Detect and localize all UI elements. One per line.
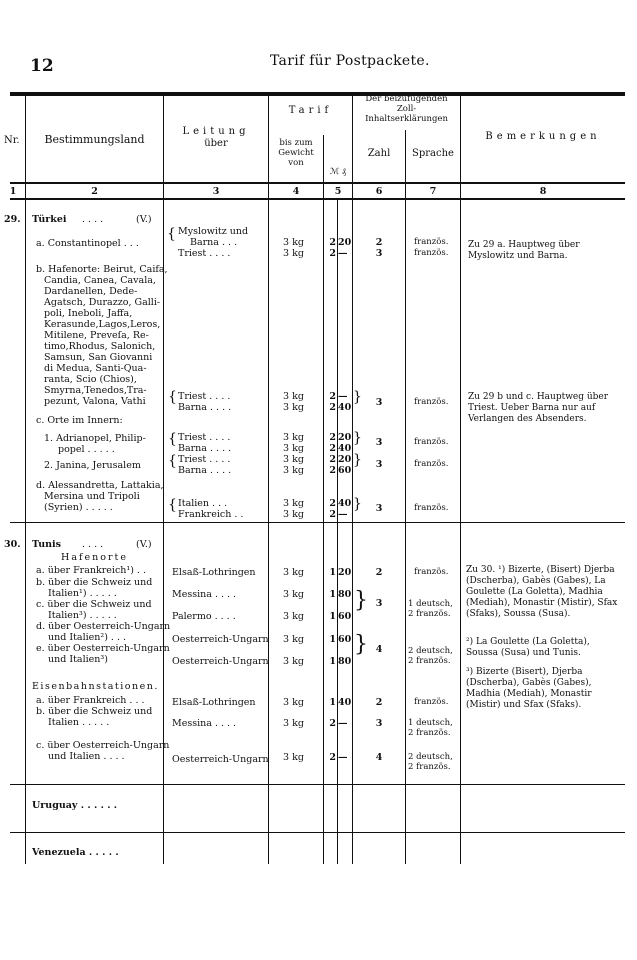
- header-sprache: Sprache: [406, 148, 460, 159]
- route-via: Barna . . . .: [178, 443, 231, 454]
- weight: 3 kg: [283, 248, 304, 259]
- tunis-hafen-a: a. über Frankreich¹) . .: [36, 565, 146, 576]
- turkei-b-line: timo,Rhodus, Salonich,: [44, 341, 155, 352]
- mark: 2: [324, 465, 336, 476]
- language: 2 deutsch,: [408, 646, 453, 657]
- col-divider-5-inner: [337, 198, 338, 864]
- turkei-c-label: c. Orte im Innern:: [36, 415, 123, 426]
- tunis-hafen-e: und Italien³): [48, 654, 108, 665]
- entry-nr: 29.: [4, 214, 21, 225]
- entry-nr: 30.: [4, 539, 21, 550]
- route-via: Barna . . .: [190, 237, 237, 248]
- colnum-7: 7: [406, 186, 460, 197]
- route-via: Barna . . . .: [178, 465, 231, 476]
- remark: ²) La Goulette (La Goletta), Soussa (Sus…: [466, 637, 622, 659]
- pfennig: —: [338, 509, 348, 520]
- turkei-c-item: 1. Adrianopel, Philip-: [44, 433, 146, 444]
- turkei-b-line: pezunt, Valona, Vathi: [44, 396, 146, 407]
- turkei-b-line: Samsun, San Giovanni: [44, 352, 152, 363]
- count: 3: [353, 718, 405, 729]
- remark: ³) Bizerte (Bisert), Djerba (Dscherba), …: [466, 667, 622, 711]
- weight: 3 kg: [283, 611, 304, 622]
- pfennig: 80: [338, 656, 351, 667]
- zone-label: (V.): [136, 539, 152, 550]
- weight: 3 kg: [283, 454, 304, 465]
- tunis-hafen-b: Italien¹) . . . . .: [48, 588, 117, 599]
- count: 4: [353, 752, 405, 763]
- turkei-a-label: a. Constantinopel . . .: [36, 238, 139, 249]
- weight: 3 kg: [283, 656, 304, 667]
- turkei-d-line: d. Alessandretta, Lattakia,: [36, 480, 164, 491]
- row-divider-turkei: [10, 522, 625, 523]
- brace-icon: {: [168, 455, 177, 467]
- weight: 3 kg: [283, 697, 304, 708]
- language: französ.: [414, 459, 448, 470]
- header-zahl: Zahl: [353, 148, 405, 159]
- language: französ.: [414, 237, 448, 248]
- language: 1 deutsch,: [408, 718, 453, 729]
- mark: 2: [324, 718, 336, 729]
- pfennig: 20: [338, 454, 351, 465]
- remark: Zu 29 b und c. Hauptweg über Triest. Ueb…: [468, 392, 620, 425]
- header-bis-zum: bis zum: [269, 138, 323, 149]
- remark: Zu 30. ¹) Bizerte, (Bisert) Djerba (Dsch…: [466, 565, 622, 620]
- count: 3: [353, 397, 405, 408]
- brace-icon: {: [168, 391, 177, 403]
- pfennig: 40: [338, 402, 351, 413]
- header-von: von: [269, 158, 323, 169]
- turkei-b-line: di Medua, Santi-Qua-: [44, 363, 147, 374]
- weight: 3 kg: [283, 391, 304, 402]
- mark: 2: [324, 402, 336, 413]
- tunis-bahn-c: c. über Oesterreich-Ungarn: [36, 740, 169, 751]
- count: 2: [353, 567, 405, 578]
- header-zoll-line2: Zoll-: [353, 104, 460, 115]
- route-via: Triest . . . .: [178, 391, 230, 402]
- pfennig: 60: [338, 634, 351, 645]
- colnum-4: 4: [269, 186, 323, 197]
- tunis-hafen-heading: Hafenorte: [26, 552, 163, 563]
- mark: 1: [324, 611, 336, 622]
- count: 3: [353, 437, 405, 448]
- col-divider-7: [460, 96, 461, 864]
- turkei-c-item: popel . . . . .: [58, 444, 115, 455]
- language: französ.: [414, 503, 448, 514]
- turkei-c-item: 2. Janina, Jerusalem: [44, 460, 141, 471]
- mark: 2: [324, 391, 336, 402]
- col-divider-3: [268, 96, 269, 864]
- language: französ.: [414, 567, 448, 578]
- pfennig: —: [338, 248, 348, 259]
- count: 3: [353, 248, 405, 259]
- country-venezuela: Venezuela . . . . .: [32, 847, 119, 858]
- pfennig: 60: [338, 465, 351, 476]
- country-name: Türkei: [32, 214, 66, 225]
- pfennig: 40: [338, 697, 351, 708]
- remark: Zu 29 a. Hauptweg über Myslowitz und Bar…: [468, 240, 620, 262]
- mark: 2: [324, 454, 336, 465]
- weight: 3 kg: [283, 567, 304, 578]
- language: französ.: [414, 248, 448, 259]
- language: 2 französ.: [408, 609, 451, 620]
- count: 3: [353, 459, 405, 470]
- mark: 1: [324, 567, 336, 578]
- pfennig: 20: [338, 432, 351, 443]
- header-mark-pfennig: ℳ ₰: [324, 167, 352, 178]
- turkei-b-line: Smyrna,Tenedos,Tra-: [44, 385, 147, 396]
- turkei-d-line: (Syrien) . . . . .: [44, 502, 113, 513]
- weight: 3 kg: [283, 752, 304, 763]
- leader-dots: . . . .: [82, 214, 103, 225]
- tunis-hafen-c: c. über die Schweiz und: [36, 599, 152, 610]
- pfennig: 20: [338, 237, 351, 248]
- brace-icon: {: [167, 228, 176, 240]
- route-via: Frankreich . .: [178, 509, 243, 520]
- colnum-3: 3: [164, 186, 268, 197]
- tunis-hafen-b: b. über die Schweiz und: [36, 577, 152, 588]
- weight: 3 kg: [283, 589, 304, 600]
- route-via: Oesterreich-Ungarn: [172, 656, 269, 667]
- pfennig: 60: [338, 611, 351, 622]
- count: 3: [353, 598, 405, 609]
- turkei-b-line: Mitilene, Preveſa, Re-: [44, 330, 149, 341]
- tunis-bahn-c: und Italien . . . .: [48, 751, 125, 762]
- pfennig: —: [338, 752, 348, 763]
- weight: 3 kg: [283, 509, 304, 520]
- tunis-bahn-heading: Eisenbahnstationen.: [32, 681, 159, 692]
- count: 2: [353, 697, 405, 708]
- weight: 3 kg: [283, 465, 304, 476]
- tunis-bahn-a: a. über Frankreich . . .: [36, 695, 145, 706]
- mark: 2: [324, 432, 336, 443]
- col-divider-1: [25, 96, 26, 864]
- language: französ.: [414, 437, 448, 448]
- mark: 2: [324, 443, 336, 454]
- route-via: Palermo . . . .: [172, 611, 236, 622]
- route-via: Triest . . . .: [178, 248, 230, 259]
- colnum-6: 6: [353, 186, 405, 197]
- mark: 1: [324, 697, 336, 708]
- header-gewicht: Gewicht: [269, 148, 323, 159]
- route-via: Oesterreich-Ungarn: [172, 634, 269, 645]
- pfennig: 20: [338, 567, 351, 578]
- language: 2 französ.: [408, 762, 451, 773]
- page-number: 12: [30, 56, 54, 76]
- tunis-hafen-d: d. über Oesterreich-Ungarn: [36, 621, 170, 632]
- weight: 3 kg: [283, 443, 304, 454]
- weight: 3 kg: [283, 402, 304, 413]
- weight: 3 kg: [283, 634, 304, 645]
- language: französ.: [414, 397, 448, 408]
- mark: 2: [324, 248, 336, 259]
- table-top-rule: [10, 92, 625, 96]
- route-via: Triest . . . .: [178, 454, 230, 465]
- header-bemerkungen: Bemerkungen: [461, 131, 625, 142]
- row-divider-tunis: [10, 784, 625, 785]
- pfennig: —: [338, 718, 348, 729]
- route-via: Messina . . . .: [172, 589, 236, 600]
- language: 2 französ.: [408, 728, 451, 739]
- route-via: Barna . . . .: [178, 402, 231, 413]
- header-tarif: Tarif: [269, 105, 352, 116]
- count: 3: [353, 503, 405, 514]
- route-via: Myslowitz und: [178, 226, 248, 237]
- weight: 3 kg: [283, 237, 304, 248]
- mark: 2: [324, 237, 336, 248]
- count: 2: [353, 237, 405, 248]
- row-divider-uruguay: [10, 832, 625, 833]
- turkei-b-line: ranta, Scio (Chios),: [44, 374, 137, 385]
- colnum-1: 1: [2, 186, 24, 197]
- weight: 3 kg: [283, 432, 304, 443]
- route-via: Elsaß-Lothringen: [172, 697, 256, 708]
- count: 4: [353, 644, 405, 655]
- col-divider-5: [352, 96, 353, 864]
- header-bestimmungsland: Bestimmungsland: [26, 134, 163, 145]
- number-row-rule: [10, 198, 625, 200]
- language: französ.: [414, 697, 448, 708]
- colnum-8: 8: [461, 186, 625, 197]
- brace-icon: {: [168, 433, 177, 445]
- running-title: Tarif für Postpackete.: [270, 53, 430, 69]
- mark: 2: [324, 752, 336, 763]
- language: 2 deutsch,: [408, 752, 453, 763]
- header-zoll-line1: Der beizufügenden: [353, 94, 460, 105]
- country-uruguay: Uruguay . . . . . .: [32, 800, 117, 811]
- header-ueber: über: [164, 138, 268, 149]
- tunis-bahn-b: b. über die Schweiz und: [36, 706, 152, 717]
- turkei-b-line: Agatsch, Durazzo, Galli-: [44, 297, 160, 308]
- brace-icon: {: [168, 499, 177, 511]
- turkei-b-line: Dardanellen, Dede-: [44, 286, 137, 297]
- colnum-5: 5: [324, 186, 352, 197]
- language: 1 deutsch,: [408, 599, 453, 610]
- turkei-b-line: Candia, Canea, Cavala,: [44, 275, 156, 286]
- col-divider-6: [405, 130, 406, 864]
- country-name: Tunis: [32, 539, 61, 550]
- mark: 1: [324, 589, 336, 600]
- tunis-bahn-b: Italien . . . . .: [48, 717, 109, 728]
- pfennig: 80: [338, 589, 351, 600]
- tunis-hafen-c: Italien³) . . . . .: [48, 610, 117, 621]
- tunis-hafen-e: e. über Oesterreich-Ungarn: [36, 643, 170, 654]
- header-rule: [10, 182, 625, 184]
- route-via: Messina . . . .: [172, 718, 236, 729]
- route-via: Oesterreich-Ungarn: [172, 754, 269, 765]
- header-nr: Nr.: [4, 135, 20, 146]
- route-via: Triest . . . .: [178, 432, 230, 443]
- mark: 1: [324, 656, 336, 667]
- weight: 3 kg: [283, 718, 304, 729]
- mark: 1: [324, 634, 336, 645]
- colnum-2: 2: [26, 186, 163, 197]
- turkei-b-line: poli, Ineboli, Jaffa,: [44, 308, 132, 319]
- leader-dots: . . . .: [82, 539, 103, 550]
- header-leitung: Leitung: [164, 126, 268, 137]
- pfennig: —: [338, 391, 348, 402]
- pfennig: 40: [338, 443, 351, 454]
- mark: 2: [324, 498, 336, 509]
- turkei-b-line: Kerasunde,Lagos,Leros,: [44, 319, 160, 330]
- mark: 2: [324, 509, 336, 520]
- zone-label: (V.): [136, 214, 152, 225]
- pfennig: 40: [338, 498, 351, 509]
- turkei-d-line: Mersina und Tripoli: [44, 491, 140, 502]
- route-via: Elsaß-Lothringen: [172, 567, 256, 578]
- weight: 3 kg: [283, 498, 304, 509]
- route-via: Italien . . .: [178, 498, 227, 509]
- language: 2 französ.: [408, 656, 451, 667]
- header-zoll-line3: Inhaltserklärungen: [353, 114, 460, 125]
- tunis-hafen-d: und Italien²) . . .: [48, 632, 126, 643]
- turkei-b-line: b. Hafenorte: Beirut, Caifa,: [36, 264, 168, 275]
